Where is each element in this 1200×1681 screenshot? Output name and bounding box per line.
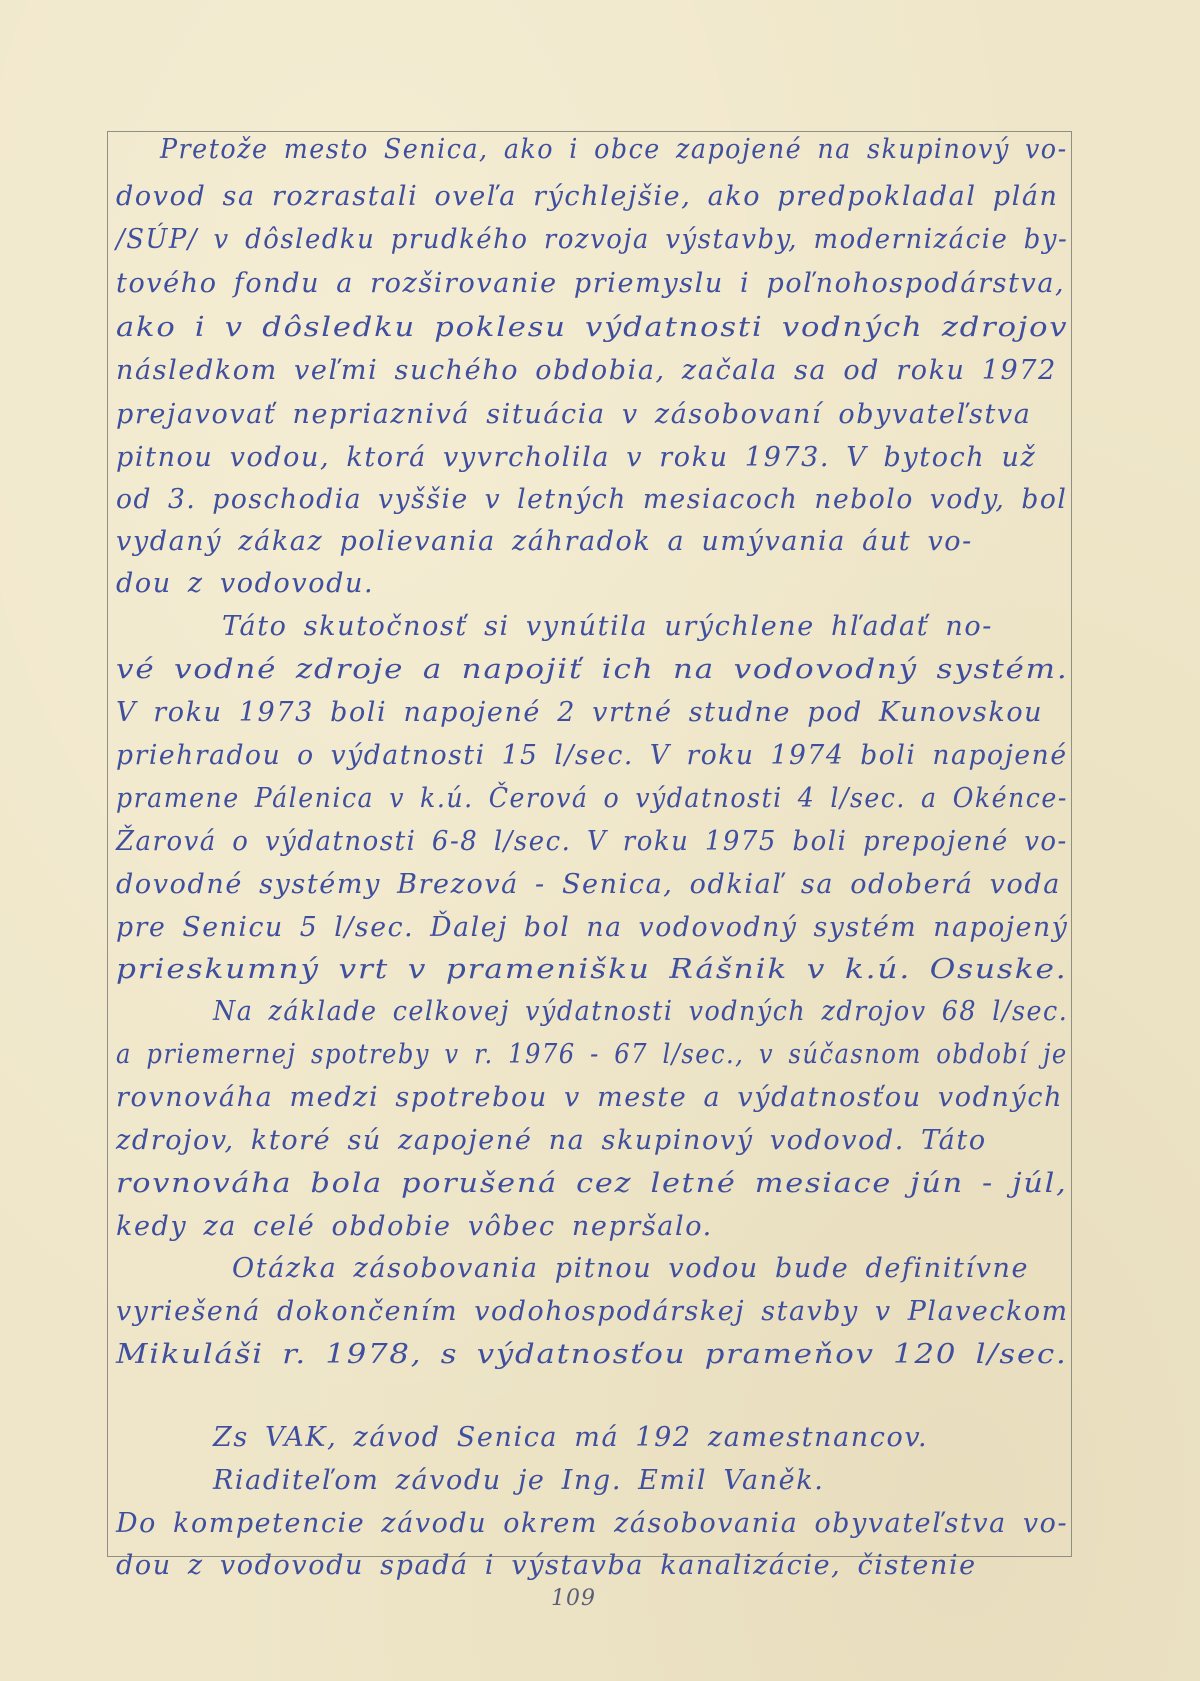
text-line: vyriešená dokončením vodohospodárskej st… xyxy=(116,1295,1069,1329)
text-line: následkom veľmi suchého obdobia, začala … xyxy=(116,354,1057,388)
text-line: pramene Pálenica v k.ú. Čerová o výdatno… xyxy=(116,782,1068,816)
text-line: Pretože mesto Senica, ako i obce zapojen… xyxy=(160,133,1068,167)
text-line: dovodné systémy Brezová - Senica, odkiaľ… xyxy=(116,868,1061,902)
text-line: V roku 1973 boli napojené 2 vrtné studne… xyxy=(116,696,1043,730)
text-line: dou z vodovodu spadá i výstavba kanalizá… xyxy=(116,1549,977,1583)
text-line: ako i v dôsledku poklesu výdatnosti vodn… xyxy=(116,311,1068,345)
text-line: rovnováha medzi spotrebou v meste a výda… xyxy=(116,1081,1063,1115)
paragraph-start-line: Otázka zásobovania pitnou vodou bude def… xyxy=(232,1252,1029,1286)
text-line: tového fondu a rozširovanie priemyslu i … xyxy=(116,267,1065,301)
text-line: od 3. poschodia vyššie v letných mesiaco… xyxy=(116,483,1067,517)
document-page: Pretože mesto Senica, ako i obce zapojen… xyxy=(0,0,1200,1681)
paragraph-start-line: Zs VAK, závod Senica má 192 zamestnancov… xyxy=(213,1421,928,1455)
text-line: kedy za celé obdobie vôbec nepršalo. xyxy=(116,1210,713,1244)
paragraph-start-line: Na základe celkovej výdatnosti vodných z… xyxy=(213,995,1068,1029)
text-line: Do kompetencie závodu okrem zásobovania … xyxy=(116,1507,1068,1541)
text-line: pitnou vodou, ktorá vyvrcholila v roku 1… xyxy=(116,441,1036,475)
page-number: 109 xyxy=(551,1586,596,1611)
text-line: vydaný zákaz polievania záhradok a umýva… xyxy=(116,525,973,559)
text-line: dou z vodovodu. xyxy=(116,567,374,601)
text-line: Mikuláši r. 1978, s výdatnosťou prameňov… xyxy=(116,1338,1068,1372)
text-line: dovod sa rozrastali oveľa rýchlejšie, ak… xyxy=(116,180,1059,214)
paragraph-start-line: Táto skutočnosť si vynútila urýchlene hľ… xyxy=(222,610,993,644)
text-line: prieskumný vrt v pramenišku Rášnik v k.ú… xyxy=(116,953,1067,987)
text-line: /SÚP/ v dôsledku prudkého rozvoja výstav… xyxy=(116,223,1068,257)
text-line: prejavovať nepriaznivá situácia v zásobo… xyxy=(116,398,1031,432)
text-line: Žarová o výdatnosti 6-8 l/sec. V roku 19… xyxy=(116,825,1068,859)
text-line: zdrojov, ktoré sú zapojené na skupinový … xyxy=(116,1124,987,1158)
text-line: a priemernej spotreby v r. 1976 - 67 l/s… xyxy=(116,1038,1068,1072)
paragraph-start-line: Riaditeľom závodu je Ing. Emil Vaněk. xyxy=(213,1464,824,1498)
text-line: rovnováha bola porušená cez letné mesiac… xyxy=(116,1167,1068,1201)
text-line: priehradou o výdatnosti 15 l/sec. V roku… xyxy=(116,739,1068,773)
text-line: vé vodné zdroje a napojiť ich na vodovod… xyxy=(116,653,1069,687)
text-line: pre Senicu 5 l/sec. Ďalej bol na vodovod… xyxy=(116,911,1068,945)
